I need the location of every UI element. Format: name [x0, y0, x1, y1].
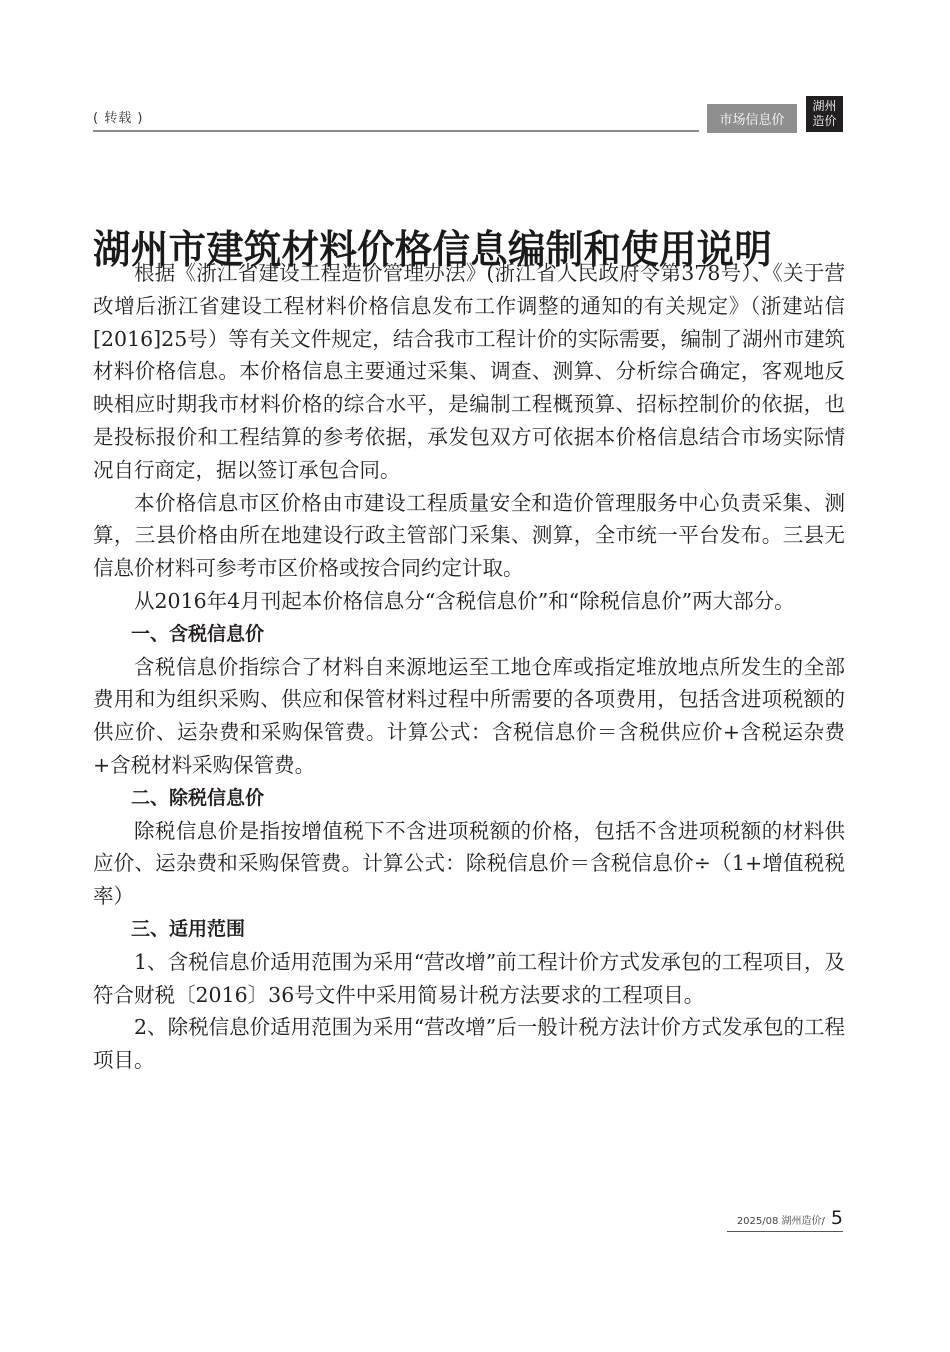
section-text-tax-inclusive: 含税信息价指综合了材料自来源地运至工地仓库或指定堆放地点所发生的全部费用和为组织…: [93, 651, 845, 782]
page-number: 5: [831, 1207, 843, 1229]
section-tag: 市场信息价: [707, 104, 797, 133]
brand-line-1: 湖州: [812, 99, 836, 114]
article-body: 根据《浙江省建设工程造价管理办法》(浙江省人民政府令第378号）、《关于营改增后…: [93, 257, 845, 1077]
source-label: ( 转载 ): [93, 107, 143, 126]
section-heading-tax-inclusive: 一、含税信息价: [93, 618, 845, 651]
section-heading-tax-exclusive: 二、除税信息价: [93, 782, 845, 815]
scope-item-2: 2、除税信息价适用范围为采用“营改增”后一般计税方法计价方式发承包的工程项目。: [93, 1011, 845, 1077]
section-heading-scope: 三、适用范围: [93, 913, 845, 946]
section-text-tax-exclusive: 除税信息价是指按增值税下不含进项税额的价格，包括不含进项税额的材料供应价、运杂费…: [93, 815, 845, 913]
brand-badge: 湖州 造价: [806, 96, 843, 132]
paragraph-intro: 根据《浙江省建设工程造价管理办法》(浙江省人民政府令第378号）、《关于营改增后…: [93, 257, 845, 487]
issue-label: 2025/08 湖州造价/: [737, 1212, 825, 1227]
header-divider: [93, 130, 699, 132]
scope-item-1: 1、含税信息价适用范围为采用“营改增”前工程计价方式发承包的工程项目，及符合财税…: [93, 946, 845, 1012]
page-footer: 2025/08 湖州造价/ 5: [727, 1207, 843, 1232]
brand-line-2: 造价: [812, 114, 836, 129]
paragraph-scope: 本价格信息市区价格由市建设工程质量安全和造价管理服务中心负责采集、测算，三县价格…: [93, 487, 845, 585]
paragraph-parts: 从2016年4月刊起本价格信息分“含税信息价”和“除税信息价”两大部分。: [93, 585, 845, 618]
